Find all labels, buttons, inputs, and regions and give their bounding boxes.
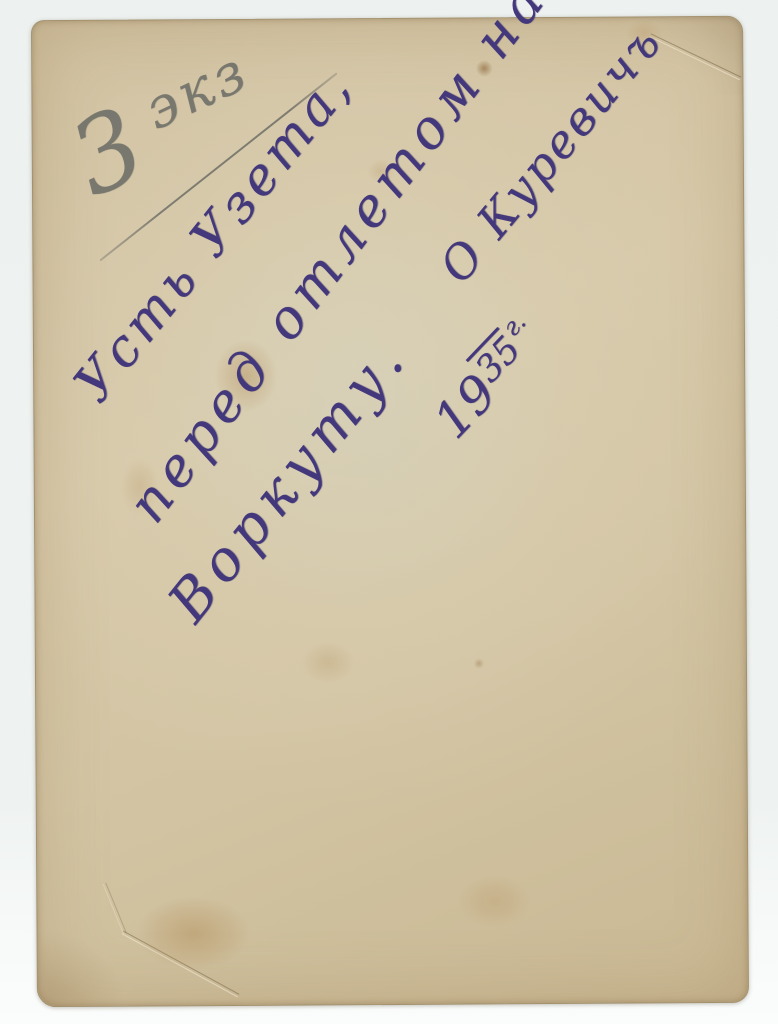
stain bbox=[474, 658, 484, 668]
crease-bottom-left-upper bbox=[103, 883, 127, 934]
crease-bottom-left bbox=[122, 931, 240, 998]
corner-wear-bottom-left bbox=[37, 895, 158, 1006]
stain bbox=[302, 641, 354, 683]
photo-back-card: 3 экз Усть Узета, перед отлетом на Ворку… bbox=[31, 16, 749, 1007]
stain bbox=[137, 897, 249, 970]
pencil-copies-digit: 3 bbox=[57, 93, 159, 213]
pencil-copies-word: экз bbox=[136, 43, 257, 140]
stain bbox=[458, 875, 530, 927]
scanner-background: 3 экз Усть Узета, перед отлетом на Ворку… bbox=[0, 0, 778, 1024]
inscription-date: 1935г. bbox=[425, 315, 554, 447]
